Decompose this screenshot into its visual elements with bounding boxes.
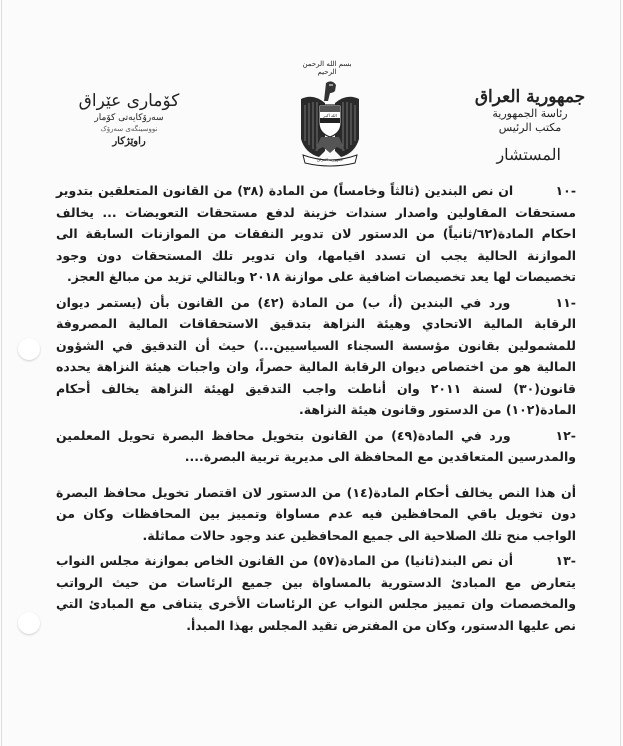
- letterhead-left: كۆماری عێراق سەرۆکایەتی کۆمار نووسینگەی …: [64, 90, 194, 150]
- letterhead-advisor-arabic: المستشار: [455, 145, 605, 165]
- letterhead-country-kurdish: كۆماری عێراق: [64, 90, 194, 112]
- letterhead-office-arabic: مكتب الرئيس: [455, 121, 605, 135]
- punch-hole-icon: [18, 338, 40, 360]
- letterhead-country-arabic: جمهورية العراق: [455, 87, 605, 107]
- letterhead-office-kurdish: نووسینگەی سەرۆک: [64, 124, 194, 134]
- iraq-emblem-icon: الله أكبر جمهورية العراق: [295, 79, 365, 167]
- list-item: -١٣ أن نص البند(ثانيا) من المادة(٥٧) من …: [56, 550, 576, 636]
- document-body: -١٠ ان نص البندين (ثالثاً وخامساً) من ال…: [56, 180, 576, 636]
- item-number: -١١: [518, 292, 576, 314]
- page-edge-right: [620, 0, 621, 746]
- item-number: -١٠: [518, 180, 576, 202]
- list-item: -١٢ ورد في المادة(٤٩) من القانون بتخويل …: [56, 425, 576, 468]
- letterhead-right: جمهورية العراق رئاسة الجمهورية مكتب الرئ…: [455, 87, 605, 165]
- svg-text:الله أكبر: الله أكبر: [322, 113, 337, 118]
- item-text: ورد في البندين (أ، ب) من المادة (٤٢) من …: [56, 295, 576, 418]
- item-text: ورد في المادة(٤٩) من القانون بتخويل محاف…: [56, 428, 576, 465]
- item-text: ان نص البندين (ثالثاً وخامساً) من المادة…: [56, 183, 576, 284]
- item-text: أن نص البند(ثانيا) من المادة(٥٧) من القا…: [56, 553, 576, 633]
- basmala: بسم الله الرحمن الرحيم: [292, 60, 362, 76]
- item-number: -١٢: [518, 425, 576, 447]
- punch-hole-icon: [18, 612, 40, 634]
- letterhead-advisor-kurdish: راوێژکار: [64, 134, 194, 150]
- item-note: أن هذا النص يخالف أحكام المادة(١٤) من ال…: [56, 482, 576, 547]
- item-number: -١٣: [518, 550, 576, 572]
- list-item: -١٠ ان نص البندين (ثالثاً وخامساً) من ال…: [56, 180, 576, 288]
- document-page: بسم الله الرحمن الرحيم الله أ: [0, 0, 623, 746]
- letterhead-presidency-kurdish: سەرۆکایەتی کۆمار: [64, 112, 194, 124]
- letterhead-presidency-arabic: رئاسة الجمهورية: [455, 107, 605, 121]
- page-edge-left: [1, 0, 2, 746]
- list-item: -١١ ورد في البندين (أ، ب) من المادة (٤٢)…: [56, 292, 576, 421]
- svg-text:جمهورية العراق: جمهورية العراق: [317, 157, 343, 162]
